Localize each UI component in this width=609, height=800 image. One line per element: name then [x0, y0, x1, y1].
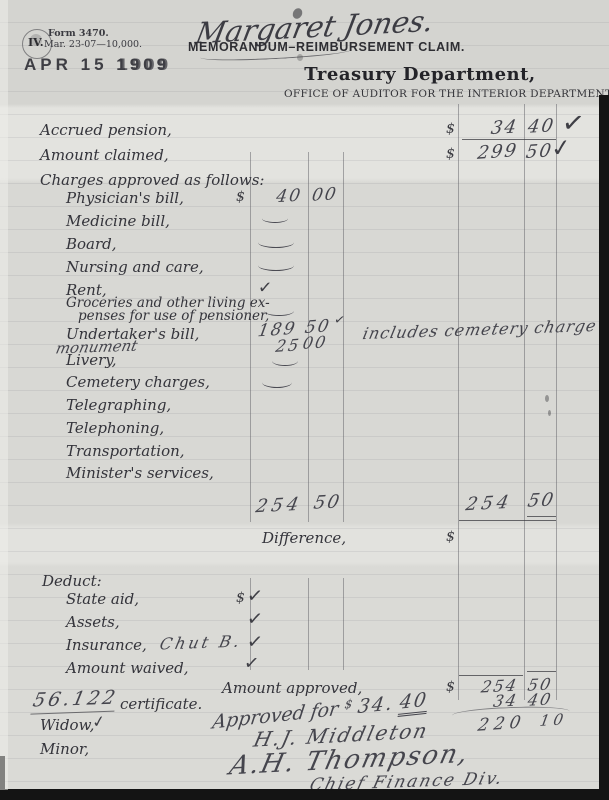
department-title: Treasury Department,: [300, 64, 540, 85]
monument-cents: 00: [301, 332, 329, 353]
claimed-currency: $: [446, 146, 455, 162]
money-column-rule: [458, 104, 459, 700]
scan-edge-bottom: [0, 789, 609, 800]
memo-title: MEMORANDUM–REIMBURSEMENT CLAIM.: [188, 40, 465, 54]
charge-item-label: Telegraphing,: [66, 396, 171, 414]
approved-top-rule-cents: [527, 671, 556, 672]
charge-item-label: Board,: [66, 235, 117, 253]
monument-dollars: 25: [274, 335, 302, 356]
ink-dash-mark: [262, 377, 292, 388]
insurance-annotation: Chut B.: [158, 631, 244, 653]
scan-edge-right: [599, 95, 609, 800]
charge-item-label-cont: penses for use of pensioner,: [78, 308, 269, 324]
deduct-item-label: Amount waived,: [66, 659, 189, 677]
widow-label: Widow,: [40, 716, 94, 734]
date-received-stamp: APR 15 1909: [24, 55, 170, 75]
charge-item-label: Telephoning,: [66, 419, 164, 437]
deduct-item-label: State aid,: [66, 590, 139, 608]
approved-for-amount: 34.: [356, 692, 395, 718]
ink-speck: [297, 54, 303, 61]
deduct-heading: Deduct:: [42, 572, 102, 590]
approved-for-cents: 40: [398, 688, 430, 716]
charges-heading: Charges approved as follows:: [40, 171, 264, 189]
amount-claimed-label: Amount claimed,: [40, 146, 169, 164]
approved-result-cents: 10: [538, 710, 568, 730]
accrued-currency: $: [446, 121, 455, 137]
form-edition: Mar. 23-07—10,000.: [44, 39, 142, 50]
claimed-dollars: 299: [461, 140, 520, 165]
charge-item-label: Physician's bill,: [66, 189, 184, 207]
ink-dash-mark: [258, 237, 294, 248]
approved-currency: $: [446, 679, 455, 695]
ink-dash-mark: [258, 260, 294, 271]
deduct-item-label: Assets,: [66, 613, 120, 631]
charge-item-label: Minister's services,: [66, 464, 214, 482]
accrued-dollars: 34: [460, 116, 519, 140]
assets-check-mark: ✓: [246, 607, 264, 631]
accrued-pension-label: Accrued pension,: [40, 121, 172, 139]
ink-speck: [548, 410, 551, 416]
undertaker-note: includes cemetery charge: [361, 316, 599, 343]
approved-result-dollars: 220: [476, 712, 527, 736]
charges-total-left-dollars: 254: [254, 494, 304, 518]
total-right-underline: [459, 520, 556, 521]
deduct-item-label: Insurance,: [66, 636, 147, 654]
state-aid-check-mark: ✓: [246, 584, 264, 608]
money-column-rule: [343, 152, 344, 522]
charge-item-label: Nursing and care,: [66, 258, 204, 276]
minor-label: Minor,: [40, 740, 89, 758]
charges-total-right-dollars: 254: [464, 492, 514, 516]
date-stamp-year: 1909: [116, 55, 170, 74]
paper-left-margin-highlight: [0, 0, 8, 790]
insurance-check-mark: ✓: [246, 630, 264, 654]
claimed-check-mark: ✓: [550, 133, 573, 163]
physician-cents: 00: [310, 184, 339, 206]
date-stamp-month-day: APR 15: [24, 55, 108, 74]
state-aid-currency: $: [236, 590, 245, 606]
charge-item-label: Cemetery charges,: [66, 373, 210, 391]
ink-speck: [30, 34, 42, 46]
amount-waived-check-mark: ✓: [243, 652, 260, 674]
certificate-number: 56.122: [30, 686, 120, 714]
total-right-cents-underline: [527, 516, 556, 517]
certificate-label: certificate.: [120, 695, 202, 713]
ink-dash-mark: [272, 356, 298, 366]
charges-total-left-cents: 50: [312, 491, 343, 514]
form-number: Form 3470.: [48, 28, 109, 39]
ink-speck: [545, 395, 549, 402]
charge-item-label: Livery,: [66, 351, 117, 369]
widow-check-mark: ✓: [91, 711, 107, 732]
charge-item-label: Medicine bill,: [66, 212, 170, 230]
charges-total-right-cents: 50: [526, 489, 557, 512]
difference-currency: $: [446, 529, 455, 545]
amount-approved-label: Amount approved,: [222, 679, 362, 697]
money-column-rule: [524, 104, 525, 700]
office-title: OFFICE OF AUDITOR FOR THE INTERIOR DEPAR…: [284, 88, 609, 100]
reimbursement-claim-form: IV. Form 3470. Mar. 23-07—10,000. APR 15…: [0, 0, 609, 800]
ink-dash-mark: [262, 214, 288, 223]
money-column-rule: [556, 104, 557, 700]
money-column-rule: [308, 578, 309, 670]
charge-item-label: Transportation,: [66, 442, 185, 460]
difference-label: Difference,: [262, 529, 346, 547]
physician-dollars: 40: [250, 186, 303, 209]
money-column-rule: [343, 578, 344, 670]
ink-dash-mark: [264, 306, 294, 316]
approved-for-currency: $: [344, 696, 354, 711]
physician-currency: $: [236, 189, 245, 205]
